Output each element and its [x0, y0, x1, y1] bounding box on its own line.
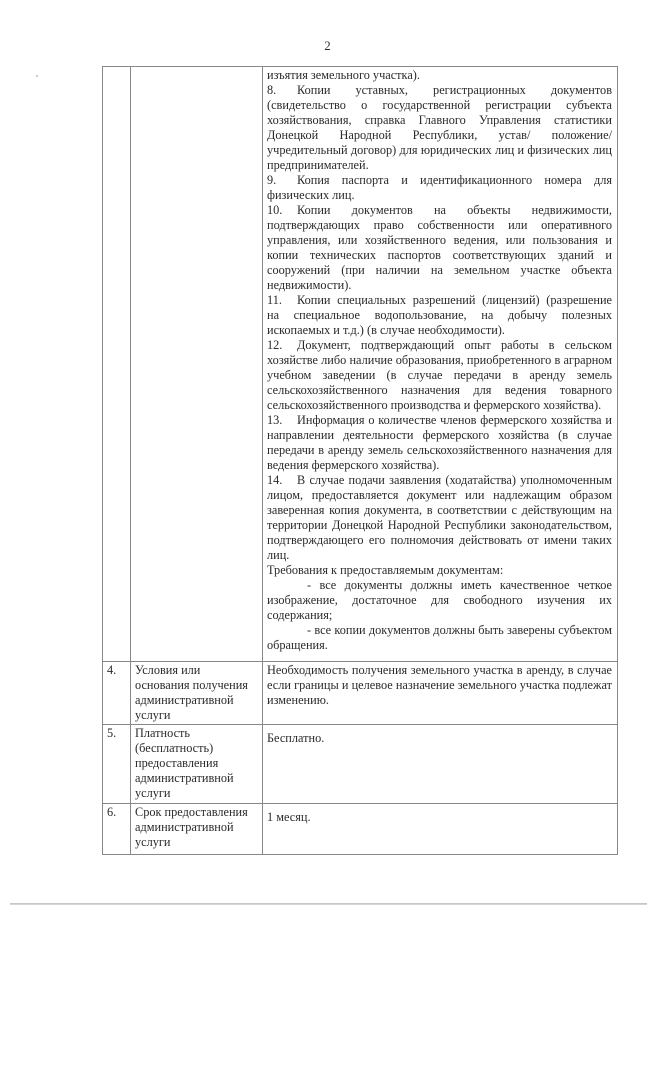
row-label: Срок предоставления административной усл… [131, 804, 263, 855]
row-label: Условия или основания получения админист… [131, 662, 263, 725]
row-label [131, 67, 263, 662]
row-content: изъятия земельного участка). 8.Копии уст… [263, 67, 618, 662]
table-row-term: 6. Срок предоставления административной … [103, 804, 618, 855]
requirement-item: - все копии документов должны быть завер… [267, 623, 612, 653]
list-item: 9.Копия паспорта и идентификационного но… [267, 173, 612, 203]
horizontal-rule [10, 903, 647, 905]
row-value: 1 месяц. [263, 804, 618, 855]
row-value: Необходимость получения земельного участ… [263, 662, 618, 725]
row-label: Платность (бесплатность) предоставления … [131, 725, 263, 804]
list-item: 10.Копии документов на объекты недвижимо… [267, 203, 612, 293]
service-table: изъятия земельного участка). 8.Копии уст… [102, 66, 618, 855]
row-number: 4. [103, 662, 131, 725]
table-row-fee: 5. Платность (бесплатность) предоставлен… [103, 725, 618, 804]
requirement-item: - все документы должны иметь качественно… [267, 578, 612, 623]
row-value: Бесплатно. [263, 725, 618, 804]
row-number [103, 67, 131, 662]
row-number: 6. [103, 804, 131, 855]
table-row-conditions: 4. Условия или основания получения админ… [103, 662, 618, 725]
lead-text: изъятия земельного участка). [267, 68, 612, 83]
requirements-heading: Требования к предоставляемым документам: [267, 563, 612, 578]
row-number: 5. [103, 725, 131, 804]
list-item: 11.Копии специальных разрешений (лицензи… [267, 293, 612, 338]
list-item: 8.Копии уставных, регистрационных докуме… [267, 83, 612, 173]
page-number: 2 [0, 38, 655, 54]
list-item: 14.В случае подачи заявления (ходатайств… [267, 473, 612, 563]
list-item: 13.Информация о количестве членов фермер… [267, 413, 612, 473]
scan-speck [36, 75, 38, 77]
list-item: 12.Документ, подтверждающий опыт работы … [267, 338, 612, 413]
table-row-documents-continued: изъятия земельного участка). 8.Копии уст… [103, 67, 618, 662]
